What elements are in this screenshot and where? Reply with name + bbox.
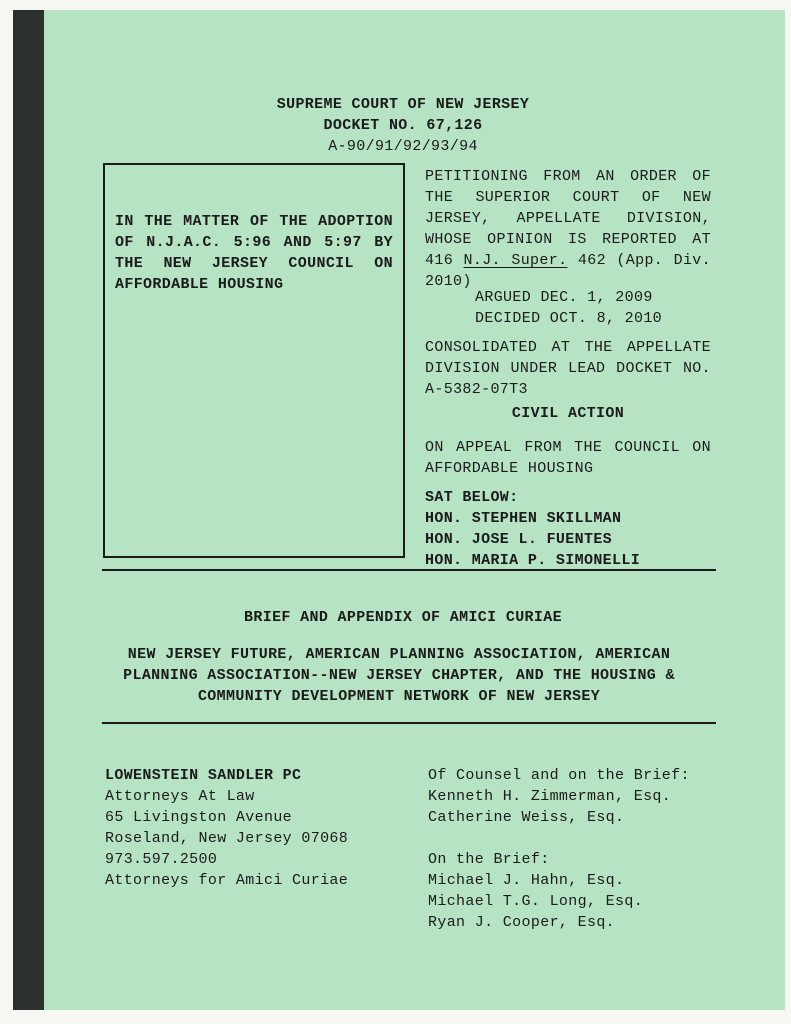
- scanned-page: SUPREME COURT OF NEW JERSEY DOCKET NO. 6…: [0, 0, 791, 1024]
- firm-name: LOWENSTEIN SANDLER PC: [105, 765, 415, 786]
- binding-strip: [13, 10, 44, 1010]
- case-details-column: PETITIONING FROM AN ORDER OF THE SUPERIO…: [425, 166, 711, 576]
- counsel-names-block: Of Counsel and on the Brief: Kenneth H. …: [428, 765, 738, 933]
- horizontal-rule-bottom: [102, 722, 716, 724]
- on-appeal-note: ON APPEAL FROM THE COUNCIL ON AFFORDABLE…: [425, 437, 711, 479]
- on-brief-list: On the Brief: Michael J. Hahn, Esq. Mich…: [428, 849, 738, 933]
- sat-below-judges: SAT BELOW: HON. STEPHEN SKILLMAN HON. JO…: [425, 487, 711, 571]
- amici-parties: NEW JERSEY FUTURE, AMERICAN PLANNING ASS…: [54, 644, 744, 707]
- of-counsel-list: Of Counsel and on the Brief: Kenneth H. …: [428, 765, 738, 828]
- court-header: SUPREME COURT OF NEW JERSEY DOCKET NO. 6…: [113, 94, 693, 157]
- civil-action-label: CIVIL ACTION: [425, 403, 711, 424]
- court-name: SUPREME COURT OF NEW JERSEY: [113, 94, 693, 115]
- appeal-numbers: A-90/91/92/93/94: [113, 136, 693, 157]
- firm-address: Attorneys At Law 65 Livingston Avenue Ro…: [105, 786, 415, 891]
- petition-paragraph: PETITIONING FROM AN ORDER OF THE SUPERIO…: [425, 166, 711, 292]
- docket-number: DOCKET NO. 67,126: [113, 115, 693, 136]
- paper-sheet: SUPREME COURT OF NEW JERSEY DOCKET NO. 6…: [13, 10, 785, 1010]
- horizontal-rule-top: [102, 569, 716, 571]
- counsel-firm-block: LOWENSTEIN SANDLER PC Attorneys At Law 6…: [105, 765, 415, 891]
- consolidation-note: CONSOLIDATED AT THE APPELLATE DIVISION U…: [425, 337, 711, 400]
- brief-title: BRIEF AND APPENDIX OF AMICI CURIAE: [113, 607, 693, 628]
- argued-decided-dates: ARGUED DEC. 1, 2009 DECIDED OCT. 8, 2010: [425, 287, 711, 329]
- caption-box: IN THE MATTER OF THE ADOPTION OF N.J.A.C…: [103, 163, 405, 558]
- reporter-citation: N.J. Super.: [464, 252, 568, 269]
- caption-text: IN THE MATTER OF THE ADOPTION OF N.J.A.C…: [105, 165, 403, 295]
